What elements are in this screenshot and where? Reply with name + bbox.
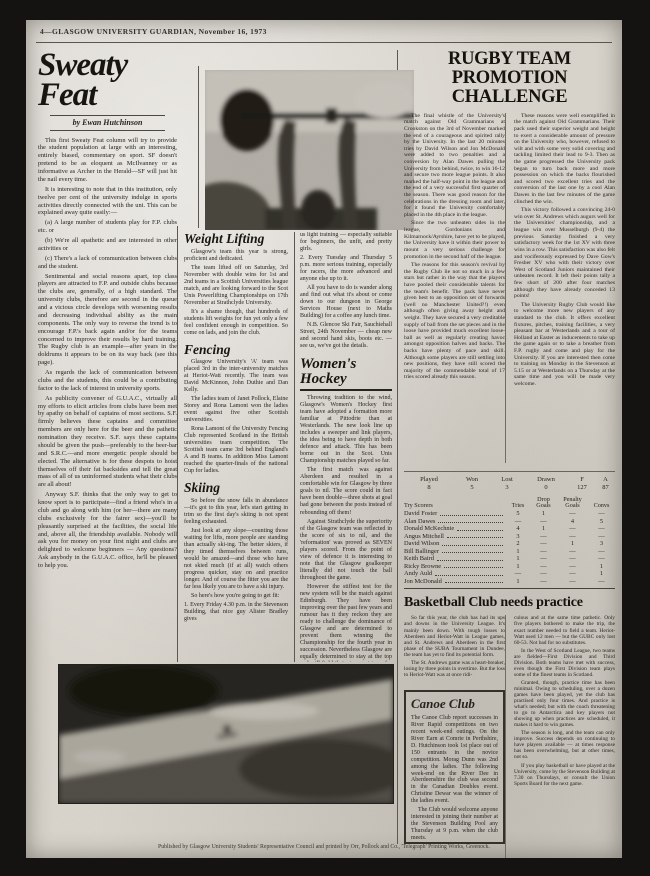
scorer-drop-goals: — bbox=[530, 570, 557, 578]
weightlifter-photo bbox=[205, 70, 414, 230]
scorer-row: Donald McKechnie 4 1 — — bbox=[404, 525, 615, 533]
scorer-conversions: 1 bbox=[588, 563, 615, 571]
paragraph: The St. Andrews game was a heart-breaker… bbox=[404, 660, 505, 678]
scorer-tries: — bbox=[506, 518, 530, 526]
scorer-drop-goals: 1 bbox=[530, 525, 557, 533]
dot-leader bbox=[435, 570, 503, 576]
dot-leader bbox=[444, 563, 503, 569]
basketball-headline: Basketball Club needs practice bbox=[404, 595, 615, 611]
paragraph: These reasons were well exemplified in t… bbox=[514, 113, 615, 206]
scorer-penalty-goals: — bbox=[557, 510, 588, 518]
scorer-penalty-goals: — bbox=[557, 563, 588, 571]
basketball-article: So far this year, the club has had its u… bbox=[404, 615, 615, 858]
summary-header: F bbox=[568, 476, 596, 484]
scorer-conversions: 5 bbox=[588, 518, 615, 526]
paragraph: The Club would welcome anyone interested… bbox=[411, 807, 498, 842]
column-rule bbox=[177, 226, 178, 662]
printer-imprint: Published by Glasgow University Students… bbox=[26, 844, 622, 850]
paragraph: All you have to do is wander along and f… bbox=[300, 285, 392, 320]
paragraph: Since the two unbeaten sides in the leag… bbox=[404, 220, 505, 260]
right-section: RUGBY TEAM PROMOTION CHALLENGE The final… bbox=[404, 50, 615, 858]
weight-lifting-heading: Weight Lifting bbox=[184, 232, 288, 246]
paragraph: The University Rugby Club would like to … bbox=[514, 302, 615, 388]
scorer-row: David Wilson 2 — 1 3 bbox=[404, 540, 615, 548]
paragraph: In the West of Scotland League, two team… bbox=[514, 648, 615, 678]
summary-value: 3 bbox=[490, 484, 524, 492]
scorer-penalty-goals: — bbox=[557, 533, 588, 541]
paragraph: Glasgow's team this year is strong, prof… bbox=[184, 249, 288, 263]
basketball-left-text: So far this year, the club has had its u… bbox=[404, 615, 505, 687]
canoe-club-box: Canoe Club The Canoe Club report success… bbox=[404, 690, 505, 844]
byline: by Ewan Hutchinson bbox=[50, 115, 165, 131]
paragraph: The team lifted off on Saturday, 3rd Nov… bbox=[184, 265, 288, 307]
paragraph: If you play basketball or have played at… bbox=[514, 763, 615, 787]
summary-value: 5 bbox=[454, 484, 490, 492]
scorer-penalty-goals: — bbox=[557, 555, 588, 563]
column-sports-right: us light training — especially suitable … bbox=[300, 232, 392, 662]
paragraph: culous and at the same time pathetic. On… bbox=[514, 615, 615, 645]
sweaty-feat-title: Sweaty Feat bbox=[38, 50, 177, 111]
summary-header: A bbox=[596, 476, 615, 484]
summary-header: Played bbox=[404, 476, 454, 484]
paragraph: us light training — especially suitable … bbox=[300, 232, 392, 253]
paragraph: So far this year, the club has had its u… bbox=[404, 615, 505, 657]
title-line: Feat bbox=[38, 77, 96, 113]
dot-leader bbox=[437, 555, 503, 561]
paragraph: So before the snow falls in abundance—it… bbox=[184, 498, 288, 526]
paragraph: The ladies team of Janet Pollock, Elaine… bbox=[184, 396, 288, 424]
paragraph: The final whistle of the University's ma… bbox=[404, 113, 505, 219]
scorer-tries: 1 bbox=[506, 578, 530, 586]
paragraph: However the stiffest test for the new sy… bbox=[300, 584, 392, 662]
paragraph: This first Sweaty Feat column will try t… bbox=[38, 137, 177, 184]
scorer-name: David Foster bbox=[404, 510, 437, 518]
summary-header: Drawn bbox=[524, 476, 568, 484]
scorer-conversions: — bbox=[588, 533, 615, 541]
scorer-penalty-goals: — bbox=[557, 570, 588, 578]
scorer-row: Jon McDonald 1 — — — bbox=[404, 578, 615, 586]
article-sweaty-feat: Sweaty Feat by Ewan Hutchinson This firs… bbox=[38, 50, 177, 658]
scorer-tries: — bbox=[506, 570, 530, 578]
scorer-drop-goals: — bbox=[530, 540, 557, 548]
paragraph: (c) There's a lack of communication betw… bbox=[38, 255, 177, 271]
basketball-column-right: culous and at the same time pathetic. On… bbox=[505, 615, 615, 858]
scorer-row: David Foster 5 1 — — bbox=[404, 510, 615, 518]
skiing-heading: Skiing bbox=[184, 481, 288, 495]
rugby-column-right: These reasons were well exemplified in t… bbox=[505, 113, 615, 463]
dot-leader bbox=[457, 525, 503, 531]
scorer-tries: 2 bbox=[506, 540, 530, 548]
womens-hockey-heading: Women's Hockey bbox=[300, 357, 392, 391]
scorer-row: Ricky Browne 1 — — 1 bbox=[404, 563, 615, 571]
paragraph: The season is long, and the team can onl… bbox=[514, 730, 615, 760]
paragraph: As regards the lack of communication bet… bbox=[38, 369, 177, 393]
scorer-row: Angus Mitchell 3 — — — bbox=[404, 533, 615, 541]
scorer-drop-goals: — bbox=[530, 555, 557, 563]
paragraph: (b) We're all apathetic and are interest… bbox=[38, 237, 177, 253]
column-sports-left: Weight Lifting Glasgow's team this year … bbox=[184, 232, 288, 662]
scorer-row: Keith Baird 1 — — — bbox=[404, 555, 615, 563]
dot-leader bbox=[442, 540, 503, 546]
paragraph: The reasons for this season's revival by… bbox=[404, 262, 505, 381]
paragraph: So here's how you're going to get fit: bbox=[184, 593, 288, 600]
scorer-drop-goals: — bbox=[530, 578, 557, 586]
scorer-tries: 1 bbox=[506, 563, 530, 571]
basketball-column-left: So far this year, the club has had its u… bbox=[404, 615, 505, 858]
scorer-drop-goals: 1 bbox=[530, 510, 557, 518]
scorer-row: Bill Ballinger 1 — — — bbox=[404, 548, 615, 556]
scorer-penalty-goals: — bbox=[557, 548, 588, 556]
column-header: Drop Goals bbox=[530, 497, 557, 510]
scorer-conversions: — bbox=[588, 510, 615, 518]
scorer-name: Andy Auld bbox=[404, 570, 432, 578]
masthead-rule bbox=[36, 42, 612, 43]
scorer-penalty-goals: — bbox=[557, 578, 588, 586]
scorer-drop-goals: — bbox=[530, 533, 557, 541]
scorer-drop-goals: — bbox=[530, 518, 557, 526]
masthead: 4—GLASGOW UNIVERSITY GUARDIAN, November … bbox=[40, 27, 267, 36]
scorer-conversions: — bbox=[588, 548, 615, 556]
scorer-conversions: 1 bbox=[588, 570, 615, 578]
dot-leader bbox=[442, 548, 503, 554]
paragraph: 2. Every Tuesday and Thursday 5 p.m. mor… bbox=[300, 255, 392, 283]
paragraph: (a) A large number of students play for … bbox=[38, 219, 177, 235]
summary-value: 127 bbox=[568, 484, 596, 492]
scorer-name: David Wilson bbox=[404, 540, 439, 548]
column-header: Penalty Goals bbox=[557, 497, 588, 510]
rugby-article: The final whistle of the University's ma… bbox=[404, 113, 615, 463]
scorer-conversions: — bbox=[588, 578, 615, 586]
scorer-name: Angus Mitchell bbox=[404, 533, 444, 541]
column-rule bbox=[294, 232, 295, 662]
scorer-row: Alan Dawes — — 4 5 bbox=[404, 518, 615, 526]
paragraph: Throwing tradition to the wind, Glasgow'… bbox=[300, 395, 392, 465]
scorer-name: Bill Ballinger bbox=[404, 548, 439, 556]
scorer-name: Ricky Browne bbox=[404, 563, 441, 571]
rugby-stats-table: Played Won Lost Drawn F A 8 5 3 0 127 87… bbox=[404, 471, 615, 590]
scorer-penalty-goals: 4 bbox=[557, 518, 588, 526]
summary-header: Lost bbox=[490, 476, 524, 484]
scorer-penalty-goals: 1 bbox=[557, 540, 588, 548]
column-rule bbox=[198, 66, 199, 228]
dot-leader bbox=[438, 518, 503, 524]
results-summary-headers: Played Won Lost Drawn F A bbox=[404, 476, 615, 484]
scorer-row: Andy Auld — — — 1 bbox=[404, 570, 615, 578]
paragraph: Sentimental and social reasons apart, to… bbox=[38, 273, 177, 368]
paragraph: Granted, though, practice time has been … bbox=[514, 680, 615, 728]
summary-value: 0 bbox=[524, 484, 568, 492]
scorer-tries: 5 bbox=[506, 510, 530, 518]
paragraph: This victory followed a convincing 24-0 … bbox=[514, 207, 615, 300]
scorer-name: Alan Dawes bbox=[404, 518, 435, 526]
paragraph: N.B. Glencoe Ski Fair, Sauchiehall Stree… bbox=[300, 322, 392, 350]
scorers-header-row: Try Scorers Tries Drop Goals Penalty Goa… bbox=[404, 497, 615, 510]
scorer-tries: 3 bbox=[506, 533, 530, 541]
headline-line: CHALLENGE bbox=[452, 87, 568, 107]
newspaper-page: 4—GLASGOW UNIVERSITY GUARDIAN, November … bbox=[26, 20, 622, 858]
paragraph: Glasgow University's 'A' team was placed… bbox=[184, 359, 288, 394]
paragraph: Just look at any slope—counting those wa… bbox=[184, 528, 288, 591]
scorer-name: Jon McDonald bbox=[404, 578, 442, 586]
paragraph: 1. Every Friday 4.30 p.m. in the Stevens… bbox=[184, 602, 288, 623]
scorer-tries: 4 bbox=[506, 525, 530, 533]
rugby-headline: RUGBY TEAM PROMOTION CHALLENGE bbox=[404, 50, 615, 108]
scorer-conversions: — bbox=[588, 525, 615, 533]
headline-line: RUGBY TEAM PROMOTION bbox=[448, 49, 571, 88]
summary-header: Won bbox=[454, 476, 490, 484]
paragraph: Rona Lamont of the University Fencing Cl… bbox=[184, 426, 288, 475]
paragraph: It is interesting to note that in this i… bbox=[38, 186, 177, 218]
scorer-tries: 1 bbox=[506, 548, 530, 556]
scorer-drop-goals: — bbox=[530, 548, 557, 556]
scorer-tries: 1 bbox=[506, 555, 530, 563]
paragraph: As publicity convener of G.U.A.C., virtu… bbox=[38, 395, 177, 490]
dot-leader bbox=[440, 510, 503, 516]
paragraph: The first match was against Aberdeen and… bbox=[300, 467, 392, 516]
summary-value: 8 bbox=[404, 484, 454, 492]
paragraph: Anyway S.F. thinks that the only way to … bbox=[38, 491, 177, 570]
scorer-conversions: 3 bbox=[588, 540, 615, 548]
paragraph: Against Strathclyde the superiority of t… bbox=[300, 519, 392, 582]
skiing-photo bbox=[58, 664, 394, 804]
rugby-column-left: The final whistle of the University's ma… bbox=[404, 113, 505, 463]
paragraph: The Canoe Club report successes in River… bbox=[411, 715, 498, 806]
dot-leader bbox=[445, 578, 503, 584]
scorer-conversions: — bbox=[588, 555, 615, 563]
paragraph: It's a shame though, that hundreds of st… bbox=[184, 309, 288, 337]
scorer-name: Keith Baird bbox=[404, 555, 434, 563]
scorer-name: Donald McKechnie bbox=[404, 525, 454, 533]
scorer-penalty-goals: — bbox=[557, 525, 588, 533]
scorer-drop-goals: — bbox=[530, 563, 557, 571]
canoe-club-heading: Canoe Club bbox=[411, 696, 498, 711]
fencing-heading: Fencing bbox=[184, 343, 288, 357]
dot-leader bbox=[447, 533, 503, 539]
summary-value: 87 bbox=[596, 484, 615, 492]
results-summary-values: 8 5 3 0 127 87 bbox=[404, 484, 615, 492]
